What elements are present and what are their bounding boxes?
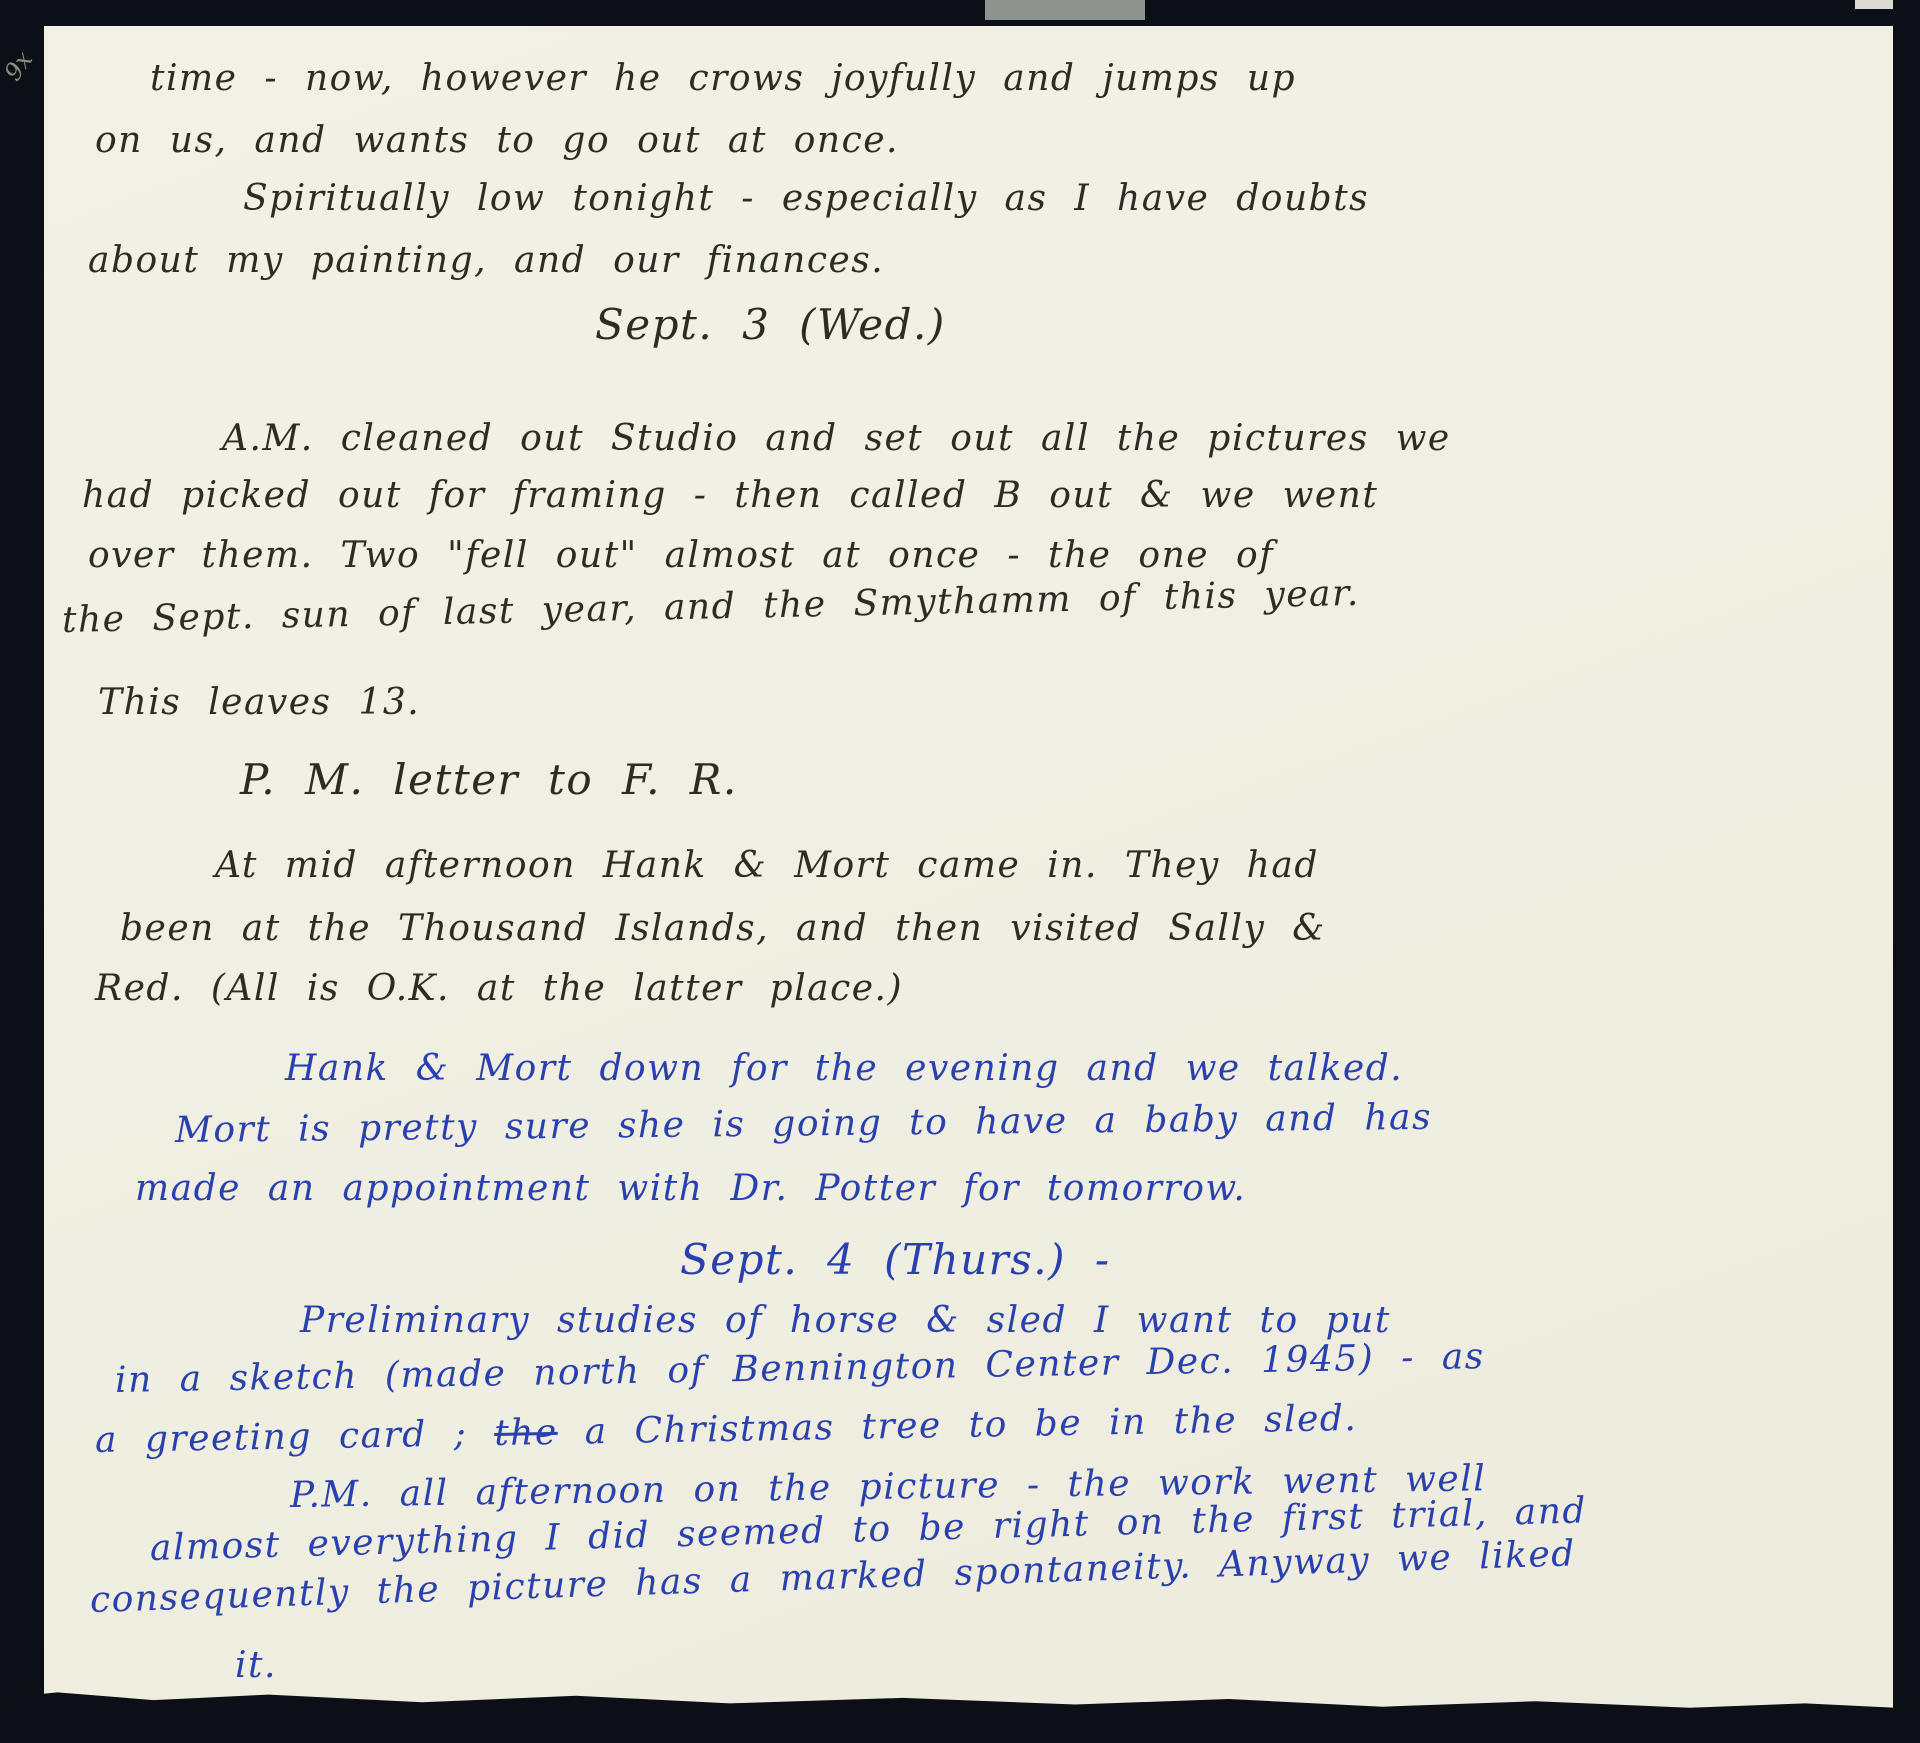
diary-line: Spiritually low tonight - especially as …	[243, 178, 1369, 219]
diary-line: on us, and wants to go out at once.	[95, 120, 899, 161]
struck-word: the	[494, 1412, 558, 1454]
scanned-diary-screenshot: { "scan": { "paper_color": "#f0efe3", "b…	[0, 0, 1920, 1743]
scan-edge-right	[1893, 0, 1920, 1743]
diary-line: Hank & Mort down for the evening and we …	[285, 1048, 1403, 1089]
scan-edge-top	[0, 0, 1920, 26]
diary-line: been at the Thousand Islands, and then v…	[120, 908, 1326, 949]
diary-line: Red. (All is O.K. at the latter place.)	[95, 968, 903, 1009]
scan-edge-gap	[985, 0, 1145, 20]
diary-line: it.	[235, 1645, 277, 1686]
entry-date-heading: Sept. 3 (Wed.)	[595, 300, 946, 349]
diary-line: in a sketch (made north of Bennington Ce…	[115, 1336, 1485, 1401]
entry-date-heading: Sept. 4 (Thurs.) -	[680, 1235, 1111, 1284]
diary-line: Preliminary studies of horse & sled I wa…	[300, 1300, 1391, 1341]
line-text-pre: a greeting card ;	[95, 1413, 495, 1461]
diary-line: the Sept. sun of last year, and the Smyt…	[62, 573, 1361, 641]
diary-line: time - now, however he crows joyfully an…	[150, 58, 1296, 99]
line-text-post: a Christmas tree to be in the sled.	[557, 1398, 1357, 1453]
diary-line: P. M. letter to F. R.	[240, 755, 738, 804]
diary-line: a greeting card ; the a Christmas tree t…	[95, 1398, 1358, 1461]
diary-line: had picked out for framing - then called…	[82, 475, 1378, 516]
scan-edge-left	[0, 0, 44, 1743]
diary-line: A.M. cleaned out Studio and set out all …	[222, 418, 1451, 459]
diary-line: over them. Two "fell out" almost at once…	[88, 535, 1274, 576]
diary-line: Mort is pretty sure she is going to have…	[175, 1097, 1432, 1151]
diary-line: made an appointment with Dr. Potter for …	[135, 1168, 1246, 1209]
diary-page: time - now, however he crows joyfully an…	[44, 24, 1893, 1743]
diary-line: At mid afternoon Hank & Mort came in. Th…	[215, 845, 1319, 886]
diary-line: about my painting, and our finances.	[88, 240, 884, 281]
diary-line: This leaves 13.	[98, 682, 420, 723]
